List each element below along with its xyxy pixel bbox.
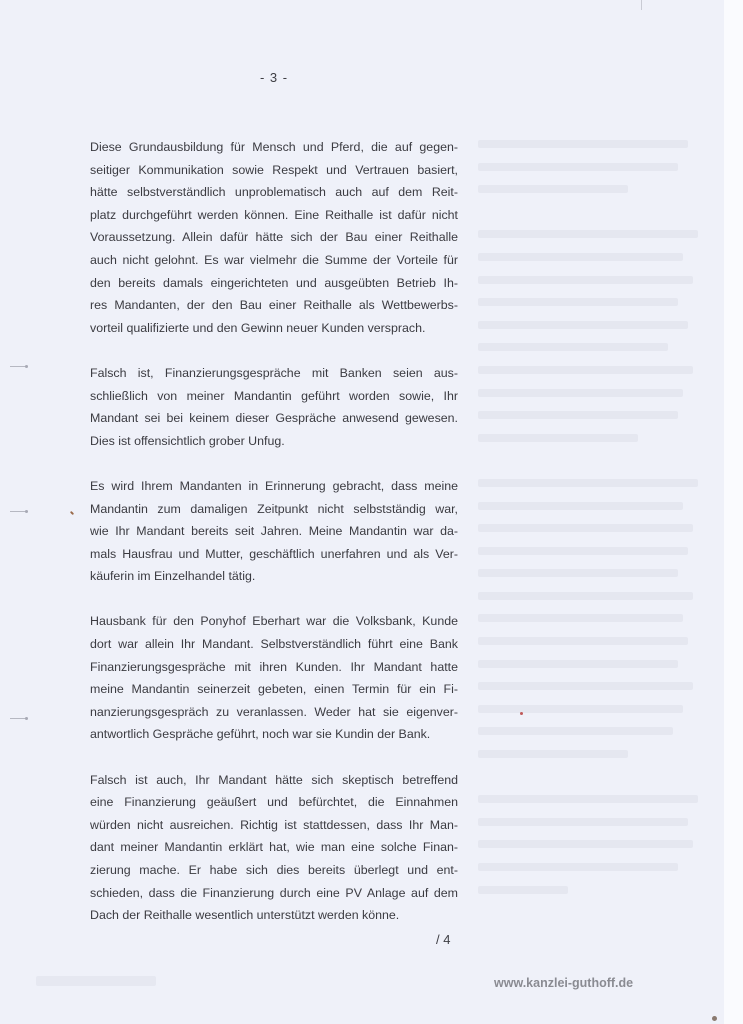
scan-speck <box>520 712 523 715</box>
margin-mark <box>10 511 26 512</box>
text-line: Dies ist offensichtlich grober Unfug. <box>90 430 458 453</box>
page-edge <box>724 0 743 1024</box>
text-line: hätte selbstverständlich unproblematisch… <box>90 181 458 204</box>
text-line: seitiger Kommunikation sowie Respekt und… <box>90 159 458 182</box>
bleed-through-footer <box>36 976 156 986</box>
text-line: Mandantin zum damaligen Zeitpunkt nicht … <box>90 498 458 521</box>
text-line: Voraussetzung. Allein dafür hätte sich d… <box>90 226 458 249</box>
text-line: Dach der Reithalle wesentlich unterstütz… <box>90 904 458 927</box>
text-line: platz durchgeführt werden können. Eine R… <box>90 204 458 227</box>
margin-mark <box>10 718 26 719</box>
bleed-through-mark <box>641 0 642 10</box>
text-line: käuferin im Einzelhandel tätig. <box>90 565 458 588</box>
text-line: Finanzierungsgespräche mit ihren Kunden.… <box>90 656 458 679</box>
text-line: schieden, dass die Finanzierung durch ei… <box>90 882 458 905</box>
text-line: dort war allein Ihr Mandant. Selbstverst… <box>90 633 458 656</box>
text-line: Falsch ist, Finanzierungsgespräche mit B… <box>90 362 458 385</box>
scan-speck <box>712 1016 717 1021</box>
text-line: wie Ihr Mandant bereits seit Jahren. Mei… <box>90 520 458 543</box>
text-line: meine Mandantin seinerzeit gebeten, eine… <box>90 678 458 701</box>
text-line: nanzierungsgespräch zu veranlassen. Wede… <box>90 701 458 724</box>
paragraph-financing: Falsch ist auch, Ihr Mandant hätte sich … <box>90 769 458 927</box>
text-line: Mandant sei bei keinem dieser Gespräche … <box>90 407 458 430</box>
scanned-page: - 3 - <box>0 0 724 1024</box>
paragraph-bank-talks: Falsch ist, Finanzierungsgespräche mit B… <box>90 362 458 452</box>
text-line: Es wird Ihrem Mandanten in Erinnerung ge… <box>90 475 458 498</box>
text-line: würden nicht ausreichen. Richtig ist sta… <box>90 814 458 837</box>
text-line: res Mandanten, der den Bau einer Reithal… <box>90 294 458 317</box>
text-line: zierung mache. Er habe sich dies bereits… <box>90 859 458 882</box>
letter-body: Diese Grundausbildung für Mensch und Pfe… <box>90 136 458 949</box>
text-line: vorteil qualifizierte und den Gewinn neu… <box>90 317 458 340</box>
text-line: Hausbank für den Ponyhof Eberhart war di… <box>90 610 458 633</box>
text-line: Diese Grundausbildung für Mensch und Pfe… <box>90 136 458 159</box>
text-line: dant meiner Mandantin erklärt hat, wie m… <box>90 836 458 859</box>
footer-website: www.kanzlei-guthoff.de <box>494 976 633 990</box>
paragraph-house-bank: Hausbank für den Ponyhof Eberhart war di… <box>90 610 458 746</box>
text-line: auch nicht gelohnt. Es war vielmehr die … <box>90 249 458 272</box>
text-line: antwortlich Gespräche geführt, noch war … <box>90 723 458 746</box>
text-line: mals Hausfrau und Mutter, geschäftlich u… <box>90 543 458 566</box>
paragraph-not-self-employed: Es wird Ihrem Mandanten in Erinnerung ge… <box>90 475 458 588</box>
paragraph-riding-training: Diese Grundausbildung für Mensch und Pfe… <box>90 136 458 339</box>
continuation-marker: / 4 <box>436 932 450 947</box>
scan-speck <box>70 511 74 515</box>
text-line: schließlich von meiner Mandantin geführt… <box>90 385 458 408</box>
margin-mark <box>10 366 26 367</box>
text-line: eine Finanzierung geäußert und befürchte… <box>90 791 458 814</box>
page-number: - 3 - <box>0 70 548 85</box>
bleed-through-text <box>478 140 714 908</box>
text-line: Falsch ist auch, Ihr Mandant hätte sich … <box>90 769 458 792</box>
text-line: den bereits damals eingerichteten und au… <box>90 272 458 295</box>
